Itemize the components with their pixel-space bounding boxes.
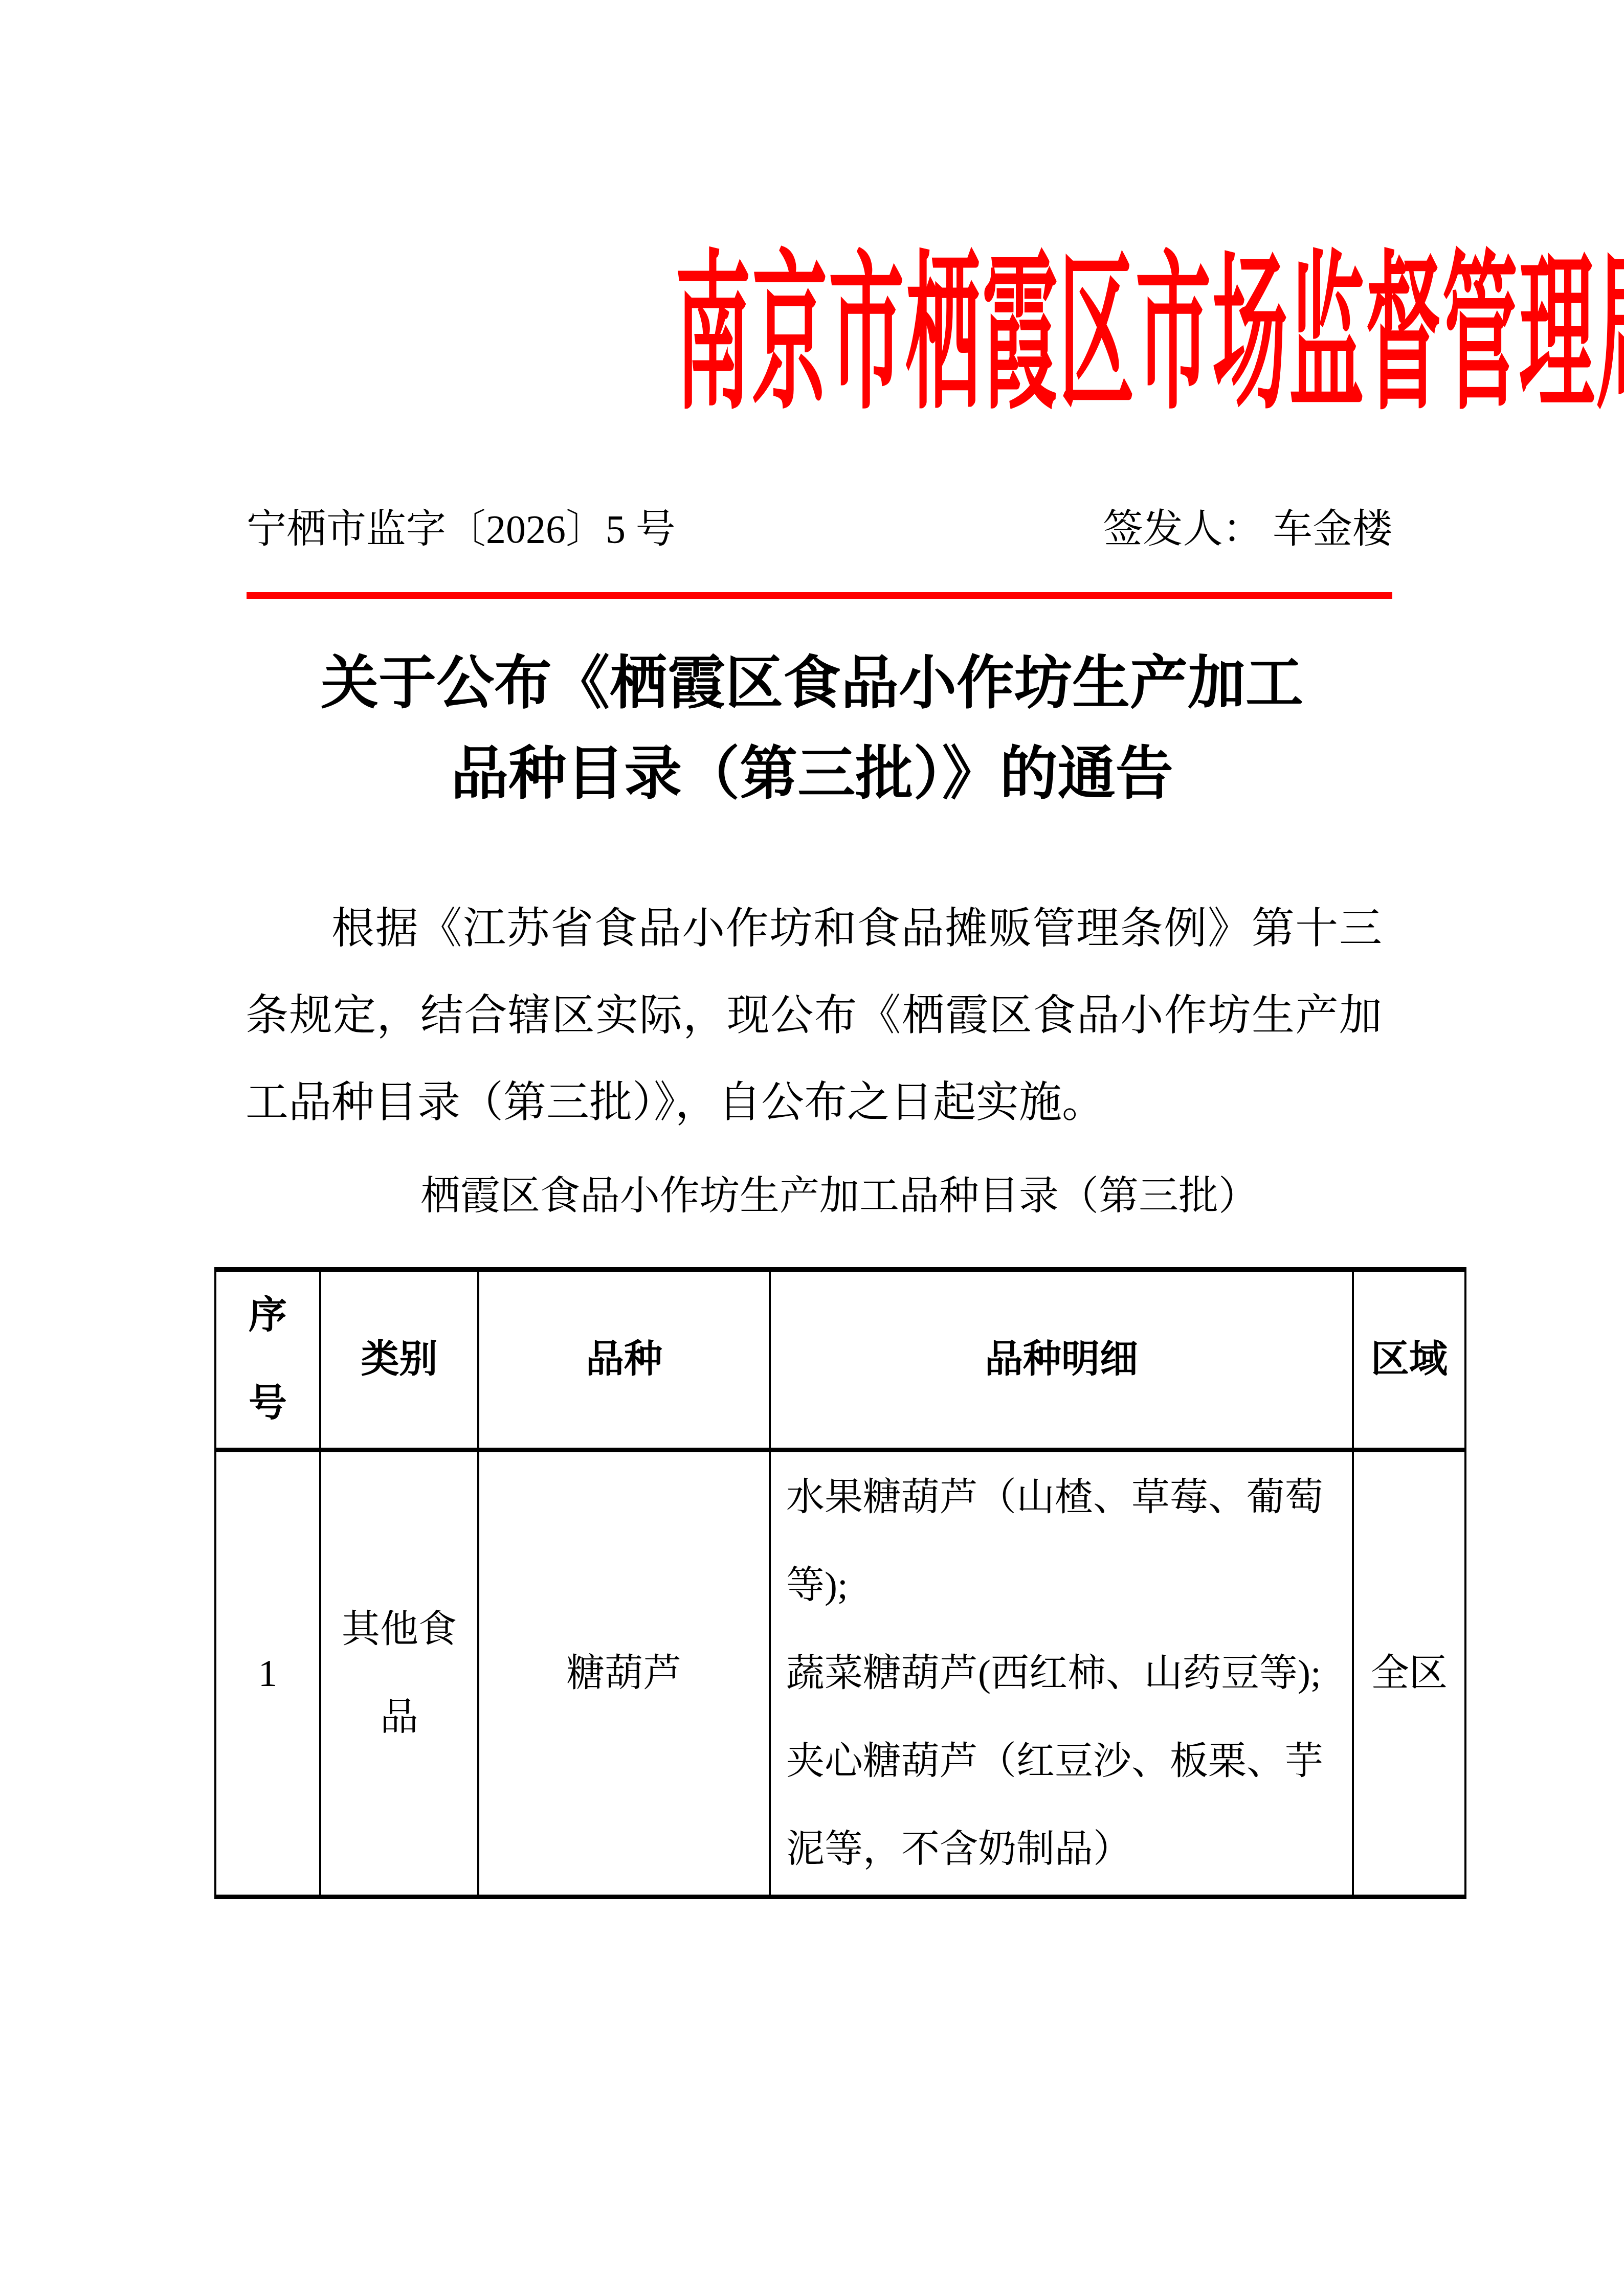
detail-line-1: 水果糖葫芦（山楂、草莓、葡萄 [786,1454,1342,1542]
cell-variety: 糖葫芦 [478,1450,770,1897]
catalog-table: 序号 类别 品种 品种明细 区域 1 其他食品 糖葫芦 水果糖葫芦（山楂、草莓、… [214,1267,1466,1899]
col-header-variety: 品种 [478,1270,770,1450]
col-header-region: 区域 [1353,1270,1465,1450]
notice-body: 根据《江苏省食品小作坊和食品摊贩管理条例》第十三 条规定，结合辖区实际，现公布《… [246,886,1382,1146]
detail-line-4: 夹心糖葫芦（红豆沙、板栗、芋 [786,1718,1342,1806]
col-header-detail: 品种明细 [770,1270,1353,1450]
cell-category: 其他食品 [320,1450,478,1897]
cell-detail: 水果糖葫芦（山楂、草莓、葡萄 等); 蔬菜糖葫芦(西红柿、山药豆等); 夹心糖葫… [770,1450,1353,1897]
cell-region: 全区 [1353,1450,1465,1897]
cell-category-label: 其他食品 [338,1586,461,1762]
issuer: 签发人： 车金楼 [1103,504,1392,555]
cell-seq: 1 [215,1450,320,1897]
notice-title-line2: 品种目录（第三批）》的通告 [0,729,1624,819]
agency-red-banner: 南京市栖霞区市场监督管理局文件 [0,251,1624,414]
detail-line-2: 等); [786,1542,1342,1630]
doc-meta-line: 宁栖市监字〔2026〕5 号 签发人： 车金楼 [247,504,1392,555]
detail-line-3: 蔬菜糖葫芦(西红柿、山药豆等); [786,1630,1342,1718]
agency-title: 南京市栖霞区市场监督管理局文件 [675,251,1624,421]
notice-body-line-1: 根据《江苏省食品小作坊和食品摊贩管理条例》第十三 [246,886,1382,973]
catalog-row-1: 1 其他食品 糖葫芦 水果糖葫芦（山楂、草莓、葡萄 等); 蔬菜糖葫芦(西红柿、… [215,1450,1465,1897]
red-separator-rule [247,592,1392,599]
notice-body-line-2: 条规定，结合辖区实际，现公布《栖霞区食品小作坊生产加 [246,973,1382,1060]
detail-line-5: 泥等，不含奶制品） [786,1806,1342,1894]
doc-number: 宁栖市监字〔2026〕5 号 [247,504,676,555]
notice-body-line-3: 工品种目录（第三批）》，自公布之日起实施。 [246,1060,1382,1146]
col-header-category: 类别 [320,1270,478,1450]
catalog-caption: 栖霞区食品小作坊生产加工品种目录（第三批） [214,1153,1464,1240]
document-page: 南京市栖霞区市场监督管理局文件 宁栖市监字〔2026〕5 号 签发人： 车金楼 … [0,0,1624,2296]
col-header-seq: 序号 [215,1270,320,1450]
catalog-header-row: 序号 类别 品种 品种明细 区域 [215,1270,1465,1450]
col-header-seq-label: 序号 [247,1272,289,1448]
notice-title: 关于公布《栖霞区食品小作坊生产加工 品种目录（第三批）》的通告 [0,638,1624,819]
notice-title-line1: 关于公布《栖霞区食品小作坊生产加工 [0,638,1624,729]
